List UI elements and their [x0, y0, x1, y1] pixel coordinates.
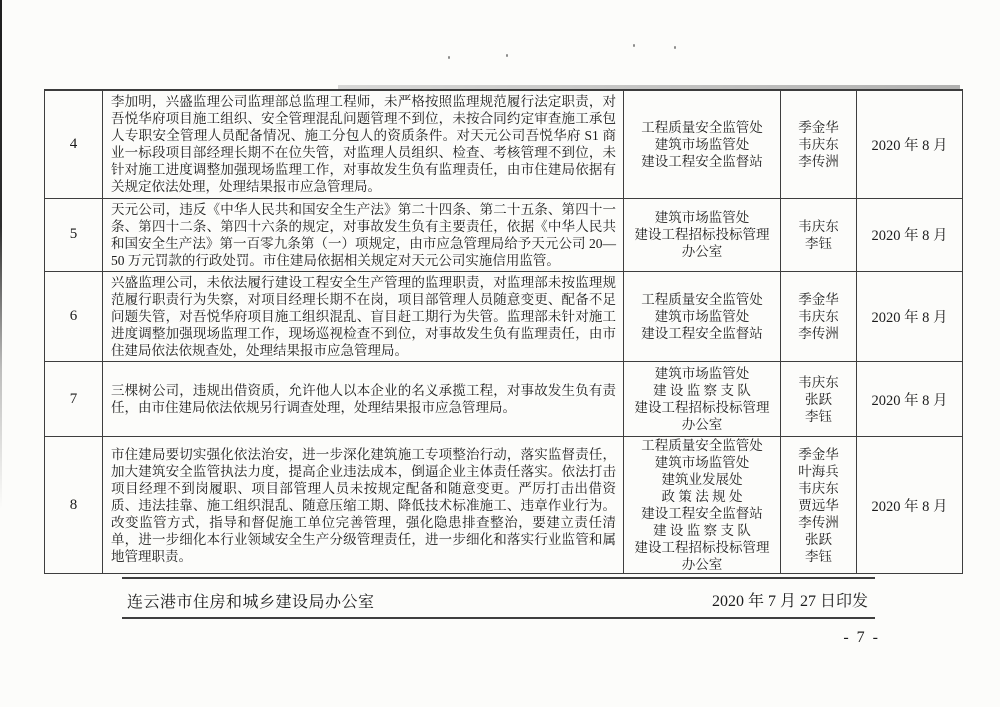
scan-speck: [448, 56, 450, 59]
description-cell: 市住建局要切实强化依法治安，进一步深化建筑施工专项整治行动，落实监督责任，加大建…: [103, 437, 624, 574]
row-number-cell: 8: [45, 437, 103, 574]
completion-date-cell: 2020 年 8 月: [857, 90, 963, 198]
scan-artifact-left-line: [0, 0, 2, 707]
responsible-names-cell: 季金华 叶海兵 韦庆东 贾远华 李传洲 张跃 李钰: [781, 437, 857, 574]
department-cell: 工程质量安全监管处 建筑市场监管处 建设工程安全监督站: [624, 271, 781, 361]
footer-rule-bottom: [122, 617, 875, 619]
document-page: 4 李加明，兴盛监理公司监理部总监理工程师，未严格按照监理规范履行法定职责，对吾…: [0, 0, 1000, 707]
footer-rule-top: [122, 577, 875, 579]
issuing-office: 连云港市住房和城乡建设局办公室: [127, 589, 375, 612]
responsible-names-cell: 季金华 韦庆东 李传洲: [781, 271, 857, 361]
row-number-cell: 4: [45, 90, 103, 198]
table-row: 6 兴盛监理公司，未依法履行建设工程安全生产管理的监理职责，对监理部未按监理规范…: [45, 271, 963, 361]
table-row: 8 市住建局要切实强化依法治安，进一步深化建筑施工专项整治行动，落实监督责任，加…: [45, 437, 963, 574]
description-cell: 李加明，兴盛监理公司监理部总监理工程师，未严格按照监理规范履行法定职责，对吾悦华…: [103, 90, 624, 198]
department-cell: 建筑市场监管处 建设工程招标投标管理办公室: [624, 198, 781, 271]
scan-speck: [633, 44, 635, 47]
table-row: 5 天元公司，违反《中华人民共和国安全生产法》第二十四条、第二十五条、第四十一条…: [45, 198, 963, 271]
table-row: 7 三棵树公司，违规出借资质，允许他人以本企业的名义承揽工程，对事故发生负有责任…: [45, 362, 963, 437]
description-cell: 天元公司，违反《中华人民共和国安全生产法》第二十四条、第二十五条、第四十一条、第…: [103, 198, 624, 271]
department-cell: 工程质量安全监管处 建筑市场监管处 建筑业发展处 政 策 法 规 处 建设工程安…: [624, 437, 781, 574]
scan-speck: [506, 54, 508, 57]
table-row: 4 李加明，兴盛监理公司监理部总监理工程师，未严格按照监理规范履行法定职责，对吾…: [45, 90, 963, 198]
completion-date-cell: 2020 年 8 月: [857, 437, 963, 574]
row-number-cell: 6: [45, 271, 103, 361]
department-cell: 工程质量安全监管处 建筑市场监管处 建设工程安全监督站: [624, 90, 781, 198]
page-number: - 7 -: [843, 629, 880, 647]
penalty-table: 4 李加明，兴盛监理公司监理部总监理工程师，未严格按照监理规范履行法定职责，对吾…: [44, 89, 963, 574]
completion-date-cell: 2020 年 8 月: [857, 198, 963, 271]
department-cell: 建筑市场监管处 建 设 监 察 支 队 建设工程招标投标管理办公室: [624, 362, 781, 437]
description-cell: 三棵树公司，违规出借资质，允许他人以本企业的名义承揽工程，对事故发生负有责任，由…: [103, 362, 624, 437]
completion-date-cell: 2020 年 8 月: [857, 362, 963, 437]
completion-date-cell: 2020 年 8 月: [857, 271, 963, 361]
description-cell: 兴盛监理公司，未依法履行建设工程安全生产管理的监理职责，对监理部未按监理规范履行…: [103, 271, 624, 361]
responsible-names-cell: 季金华 韦庆东 李传洲: [781, 90, 857, 198]
responsible-names-cell: 韦庆东 李钰: [781, 198, 857, 271]
print-date: 2020 年 7 月 27 日印发: [712, 588, 868, 611]
row-number-cell: 5: [45, 198, 103, 271]
row-number-cell: 7: [45, 362, 103, 437]
scan-speck: [674, 46, 676, 49]
responsible-names-cell: 韦庆东 张跃 李钰: [781, 362, 857, 437]
